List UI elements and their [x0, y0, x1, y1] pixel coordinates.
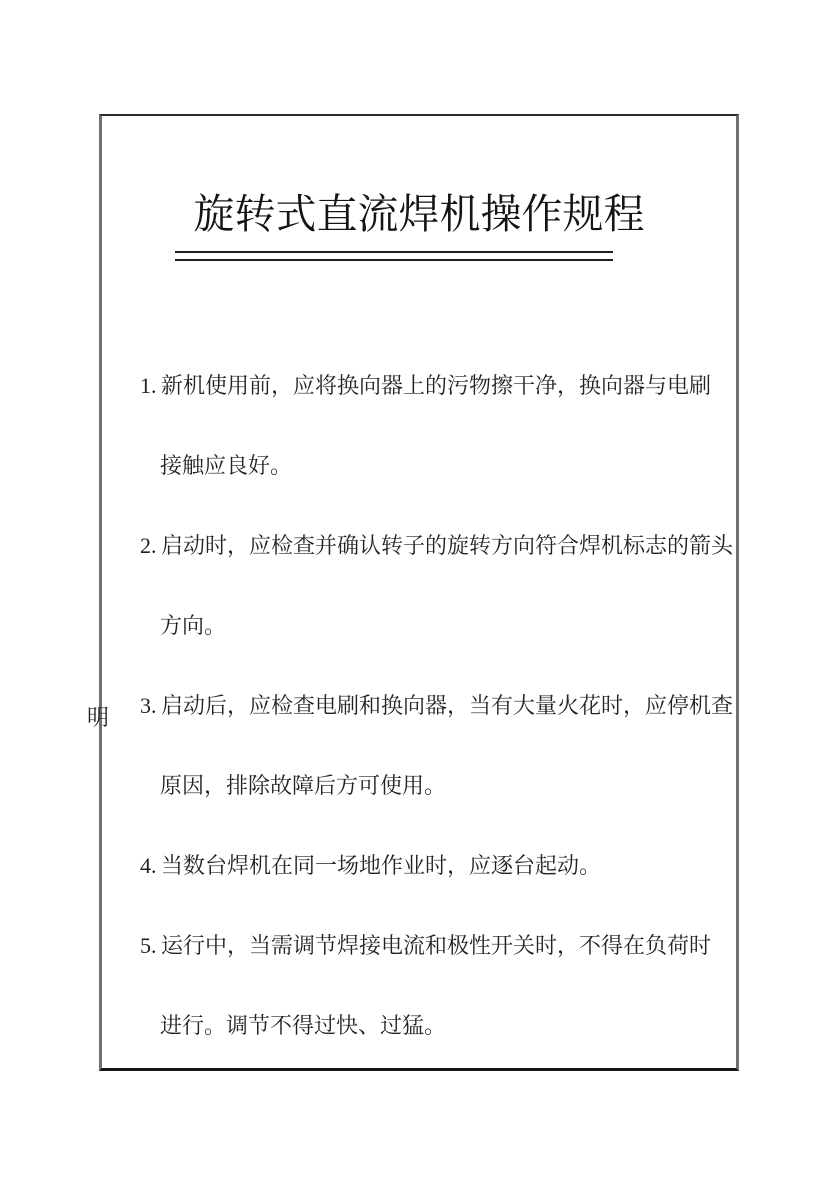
rule-1-number: 1.: [140, 372, 161, 399]
rule-5-line-1: 5.运行中，当需调节焊接电流和极性开关时，不得在负荷时: [101, 932, 738, 1012]
rule-4-line-1: 4.当数台焊机在同一场地作业时，应逐台起动。: [101, 852, 738, 932]
rule-3-line-2: 原因，排除故障后方可使用。: [101, 772, 738, 852]
rule-2-number: 2.: [140, 532, 161, 559]
rule-3-overflow-char: 明: [87, 704, 109, 731]
rule-5-number: 5.: [140, 932, 161, 959]
rule-4-text: 当数台焊机在同一场地作业时，应逐台起动。: [161, 853, 601, 878]
rule-2-line-1: 2.启动时，应检查并确认转子的旋转方向符合焊机标志的箭头: [101, 532, 738, 612]
rule-1-line-2: 接触应良好。: [101, 452, 738, 532]
rule-1-text: 新机使用前，应将换向器上的污物擦干净，换向器与电刷: [161, 373, 711, 398]
rule-3-line-1: 3.启动后，应检查电刷和换向器，当有大量火花时，应停机查: [101, 692, 738, 772]
rule-1-line-1: 1.新机使用前，应将换向器上的污物擦干净，换向器与电刷: [101, 372, 738, 452]
rule-5-line-2: 进行。调节不得过快、过猛。: [101, 1012, 738, 1092]
rule-2-line-2: 方向。: [101, 612, 738, 692]
rule-3-text: 启动后，应检查电刷和换向器，当有大量火花时，应停机查: [161, 693, 733, 718]
rule-2-text: 启动时，应检查并确认转子的旋转方向符合焊机标志的箭头: [161, 533, 733, 558]
rule-5-text: 运行中，当需调节焊接电流和极性开关时，不得在负荷时: [161, 933, 711, 958]
title-double-underline: [175, 251, 613, 261]
rules-list: 1.新机使用前，应将换向器上的污物擦干净，换向器与电刷 接触应良好。 2.启动时…: [101, 372, 738, 1092]
rule-3-number: 3.: [140, 692, 161, 719]
document-page: 旋转式直流焊机操作规程 1.新机使用前，应将换向器上的污物擦干净，换向器与电刷 …: [0, 0, 838, 1186]
rule-4-number: 4.: [140, 852, 161, 879]
document-title: 旋转式直流焊机操作规程: [99, 190, 739, 238]
